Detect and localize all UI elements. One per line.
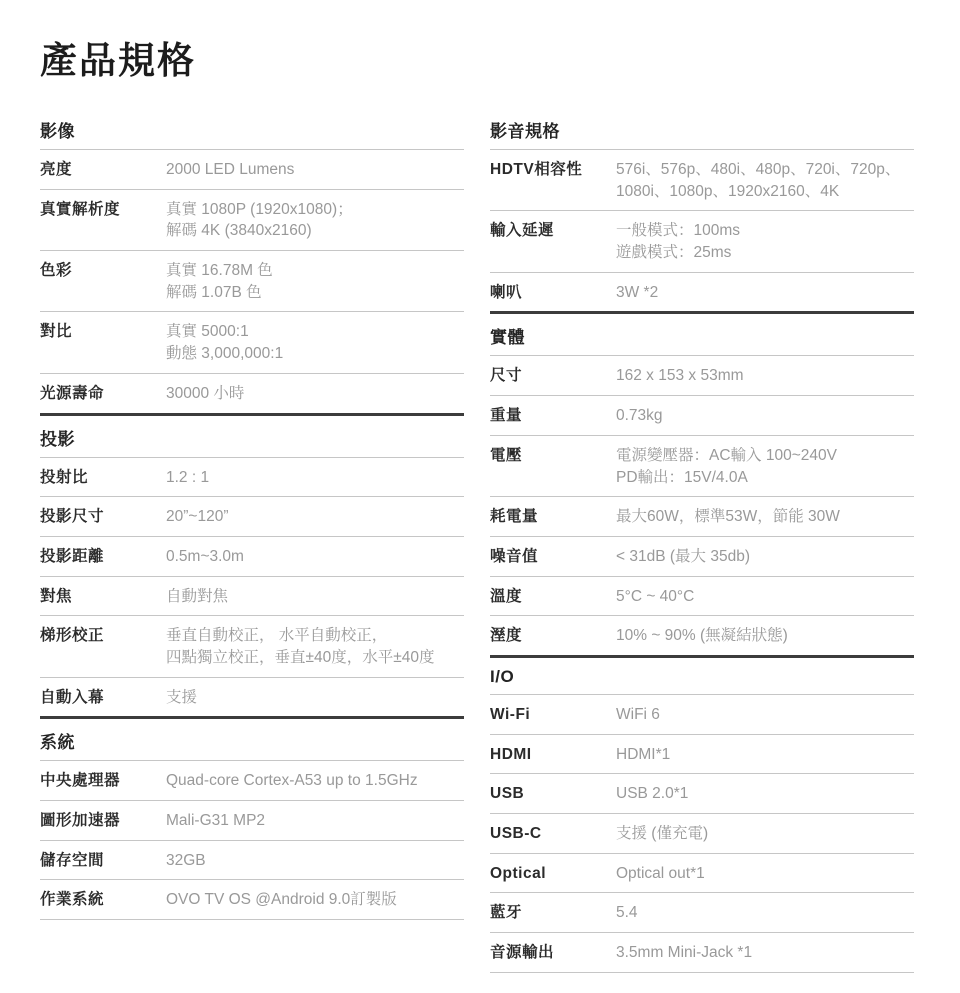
row-value: 30000 小時 [166,383,464,405]
value-line: 2000 LED Lumens [166,159,464,181]
value-line: OVO TV OS @Android 9.0訂製版 [166,889,464,911]
row-value: 0.5m~3.0m [166,546,464,568]
row-value: 0.73kg [616,405,914,427]
spec-section: I/OWi-FiWiFi 6HDMIHDMI*1USBUSB 2.0*1USB-… [490,658,914,973]
row-label: 儲存空間 [40,850,166,872]
section-header: 影像 [40,108,464,150]
value-line: 0.73kg [616,405,914,427]
row-value: Mali-G31 MP2 [166,810,464,832]
spec-section: 影音規格HDTV相容性576i、576p、480i、480p、720i、720p… [490,108,914,314]
spec-page: 產品規格 影像亮度2000 LED Lumens真實解析度真實 1080P (1… [0,0,960,993]
spec-row: 亮度2000 LED Lumens [40,150,464,190]
spec-row: 儲存空間32GB [40,841,464,881]
spec-row: 投影距離0.5m~3.0m [40,537,464,577]
row-label: 圖形加速器 [40,810,166,832]
value-line: 真實 1080P (1920x1080)； [166,199,464,221]
spec-column-left: 影像亮度2000 LED Lumens真實解析度真實 1080P (1920x1… [40,108,464,920]
row-label: 作業系統 [40,889,166,911]
value-line: 動態 3,000,000:1 [166,343,464,365]
value-line: 10% ~ 90% (無凝結狀態) [616,625,914,647]
spec-column-right: 影音規格HDTV相容性576i、576p、480i、480p、720i、720p… [490,108,914,973]
row-label: 色彩 [40,260,166,282]
spec-section: 系統中央處理器Quad-core Cortex-A53 up to 1.5GHz… [40,719,464,920]
row-label: 自動入幕 [40,687,166,709]
row-value: 支援 (僅充電) [616,823,914,845]
row-label: 光源壽命 [40,383,166,405]
spec-row: 耗電量最大60W，標準53W，節能 30W [490,497,914,537]
value-line: Optical out*1 [616,863,914,885]
spec-columns: 影像亮度2000 LED Lumens真實解析度真實 1080P (1920x1… [40,108,914,973]
row-value: 5.4 [616,902,914,924]
row-value: Quad-core Cortex-A53 up to 1.5GHz [166,770,464,792]
row-value: 1.2 : 1 [166,467,464,489]
row-label: 輸入延遲 [490,220,616,242]
row-label: 尺寸 [490,365,616,387]
section-header: 系統 [40,719,464,761]
row-value: 支援 [166,687,464,709]
spec-row: 溫度5°C ~ 40°C [490,577,914,617]
value-line: PD輸出：15V/4.0A [616,467,914,489]
spec-row: 圖形加速器Mali-G31 MP2 [40,801,464,841]
row-label: 溼度 [490,625,616,647]
row-label: 溫度 [490,586,616,608]
value-line: Quad-core Cortex-A53 up to 1.5GHz [166,770,464,792]
row-value: 162 x 153 x 53mm [616,365,914,387]
row-value: WiFi 6 [616,704,914,726]
row-value: 3.5mm Mini-Jack *1 [616,942,914,964]
spec-row: 作業系統OVO TV OS @Android 9.0訂製版 [40,880,464,920]
row-value: 3W *2 [616,282,914,304]
row-value: 10% ~ 90% (無凝結狀態) [616,625,914,647]
value-line: 20”~120” [166,506,464,528]
spec-row: HDTV相容性576i、576p、480i、480p、720i、720p、108… [490,150,914,211]
spec-section: 投影投射比1.2 : 1投影尺寸20”~120”投影距離0.5m~3.0m對焦自… [40,416,464,720]
row-label: 梯形校正 [40,625,166,647]
value-line: Mali-G31 MP2 [166,810,464,832]
value-line: 遊戲模式：25ms [616,242,914,264]
value-line: WiFi 6 [616,704,914,726]
spec-row: HDMIHDMI*1 [490,735,914,775]
spec-row: 自動入幕支援 [40,678,464,720]
value-line: 自動對焦 [166,586,464,608]
row-value: 垂直自動校正， 水平自動校正，四點獨立校正，垂直±40度，水平±40度 [166,625,464,668]
row-label: Optical [490,863,616,885]
row-label: 對比 [40,321,166,343]
spec-row: 輸入延遲一般模式：100ms遊戲模式：25ms [490,211,914,272]
spec-row: 噪音值< 31dB (最大 35db) [490,537,914,577]
row-label: USB [490,783,616,805]
spec-row: 投影尺寸20”~120” [40,497,464,537]
value-line: HDMI*1 [616,744,914,766]
value-line: 32GB [166,850,464,872]
section-header: 影音規格 [490,108,914,150]
spec-row: 色彩真實 16.78M 色解碼 1.07B 色 [40,251,464,312]
value-line: 解碼 1.07B 色 [166,282,464,304]
value-line: 支援 (僅充電) [616,823,914,845]
row-value: USB 2.0*1 [616,783,914,805]
spec-row: 中央處理器Quad-core Cortex-A53 up to 1.5GHz [40,761,464,801]
spec-row: 重量0.73kg [490,396,914,436]
row-label: 耗電量 [490,506,616,528]
row-label: 電壓 [490,445,616,467]
value-line: 1.2 : 1 [166,467,464,489]
row-label: 噪音值 [490,546,616,568]
value-line: 3W *2 [616,282,914,304]
row-value: 32GB [166,850,464,872]
value-line: 5.4 [616,902,914,924]
spec-row: 喇叭3W *2 [490,273,914,315]
value-line: 電源變壓器：AC輸入 100~240V [616,445,914,467]
value-line: 0.5m~3.0m [166,546,464,568]
spec-row: 音源輸出3.5mm Mini-Jack *1 [490,933,914,973]
spec-row: 電壓電源變壓器：AC輸入 100~240VPD輸出：15V/4.0A [490,436,914,497]
row-value: 576i、576p、480i、480p、720i、720p、1080i、1080… [616,159,914,202]
value-line: 解碼 4K (3840x2160) [166,220,464,242]
spec-section: 影像亮度2000 LED Lumens真實解析度真實 1080P (1920x1… [40,108,464,416]
row-value: 20”~120” [166,506,464,528]
spec-row: 尺寸162 x 153 x 53mm [490,356,914,396]
spec-row: 真實解析度真實 1080P (1920x1080)；解碼 4K (3840x21… [40,190,464,251]
row-label: HDMI [490,744,616,766]
section-header: I/O [490,658,914,695]
value-line: 576i、576p、480i、480p、720i、720p、 [616,159,914,181]
row-value: 電源變壓器：AC輸入 100~240VPD輸出：15V/4.0A [616,445,914,488]
row-label: 真實解析度 [40,199,166,221]
value-line: 162 x 153 x 53mm [616,365,914,387]
value-line: 5°C ~ 40°C [616,586,914,608]
row-value: 最大60W，標準53W，節能 30W [616,506,914,528]
spec-row: USB-C支援 (僅充電) [490,814,914,854]
section-header: 實體 [490,314,914,356]
value-line: 四點獨立校正，垂直±40度，水平±40度 [166,647,464,669]
value-line: 30000 小時 [166,383,464,405]
value-line: 1080i、1080p、1920x2160、4K [616,181,914,203]
row-label: 藍牙 [490,902,616,924]
row-value: 真實 16.78M 色解碼 1.07B 色 [166,260,464,303]
spec-row: 對焦自動對焦 [40,577,464,617]
row-value: 真實 5000:1動態 3,000,000:1 [166,321,464,364]
row-label: 重量 [490,405,616,427]
row-label: HDTV相容性 [490,159,616,181]
spec-row: 藍牙5.4 [490,893,914,933]
value-line: 真實 16.78M 色 [166,260,464,282]
value-line: 3.5mm Mini-Jack *1 [616,942,914,964]
spec-row: 溼度10% ~ 90% (無凝結狀態) [490,616,914,658]
spec-row: 投射比1.2 : 1 [40,458,464,498]
value-line: < 31dB (最大 35db) [616,546,914,568]
page-title: 產品規格 [40,30,914,84]
row-value: 一般模式：100ms遊戲模式：25ms [616,220,914,263]
row-label: Wi-Fi [490,704,616,726]
spec-row: 光源壽命30000 小時 [40,374,464,416]
spec-row: Wi-FiWiFi 6 [490,695,914,735]
value-line: 垂直自動校正， 水平自動校正， [166,625,464,647]
row-value: 真實 1080P (1920x1080)；解碼 4K (3840x2160) [166,199,464,242]
row-label: 對焦 [40,586,166,608]
row-value: < 31dB (最大 35db) [616,546,914,568]
spec-section: 實體尺寸162 x 153 x 53mm重量0.73kg電壓電源變壓器：AC輸入… [490,314,914,658]
spec-row: USBUSB 2.0*1 [490,774,914,814]
row-label: 投影距離 [40,546,166,568]
value-line: USB 2.0*1 [616,783,914,805]
spec-row: OpticalOptical out*1 [490,854,914,894]
row-value: 5°C ~ 40°C [616,586,914,608]
value-line: 支援 [166,687,464,709]
row-label: 亮度 [40,159,166,181]
row-label: 投影尺寸 [40,506,166,528]
row-value: 自動對焦 [166,586,464,608]
section-header: 投影 [40,416,464,458]
row-label: 投射比 [40,467,166,489]
row-label: 喇叭 [490,282,616,304]
spec-row: 梯形校正垂直自動校正， 水平自動校正，四點獨立校正，垂直±40度，水平±40度 [40,616,464,677]
spec-row: 對比真實 5000:1動態 3,000,000:1 [40,312,464,373]
row-label: 中央處理器 [40,770,166,792]
value-line: 一般模式：100ms [616,220,914,242]
value-line: 真實 5000:1 [166,321,464,343]
row-value: OVO TV OS @Android 9.0訂製版 [166,889,464,911]
value-line: 最大60W，標準53W，節能 30W [616,506,914,528]
row-value: 2000 LED Lumens [166,159,464,181]
row-value: HDMI*1 [616,744,914,766]
row-label: USB-C [490,823,616,845]
row-label: 音源輸出 [490,942,616,964]
row-value: Optical out*1 [616,863,914,885]
